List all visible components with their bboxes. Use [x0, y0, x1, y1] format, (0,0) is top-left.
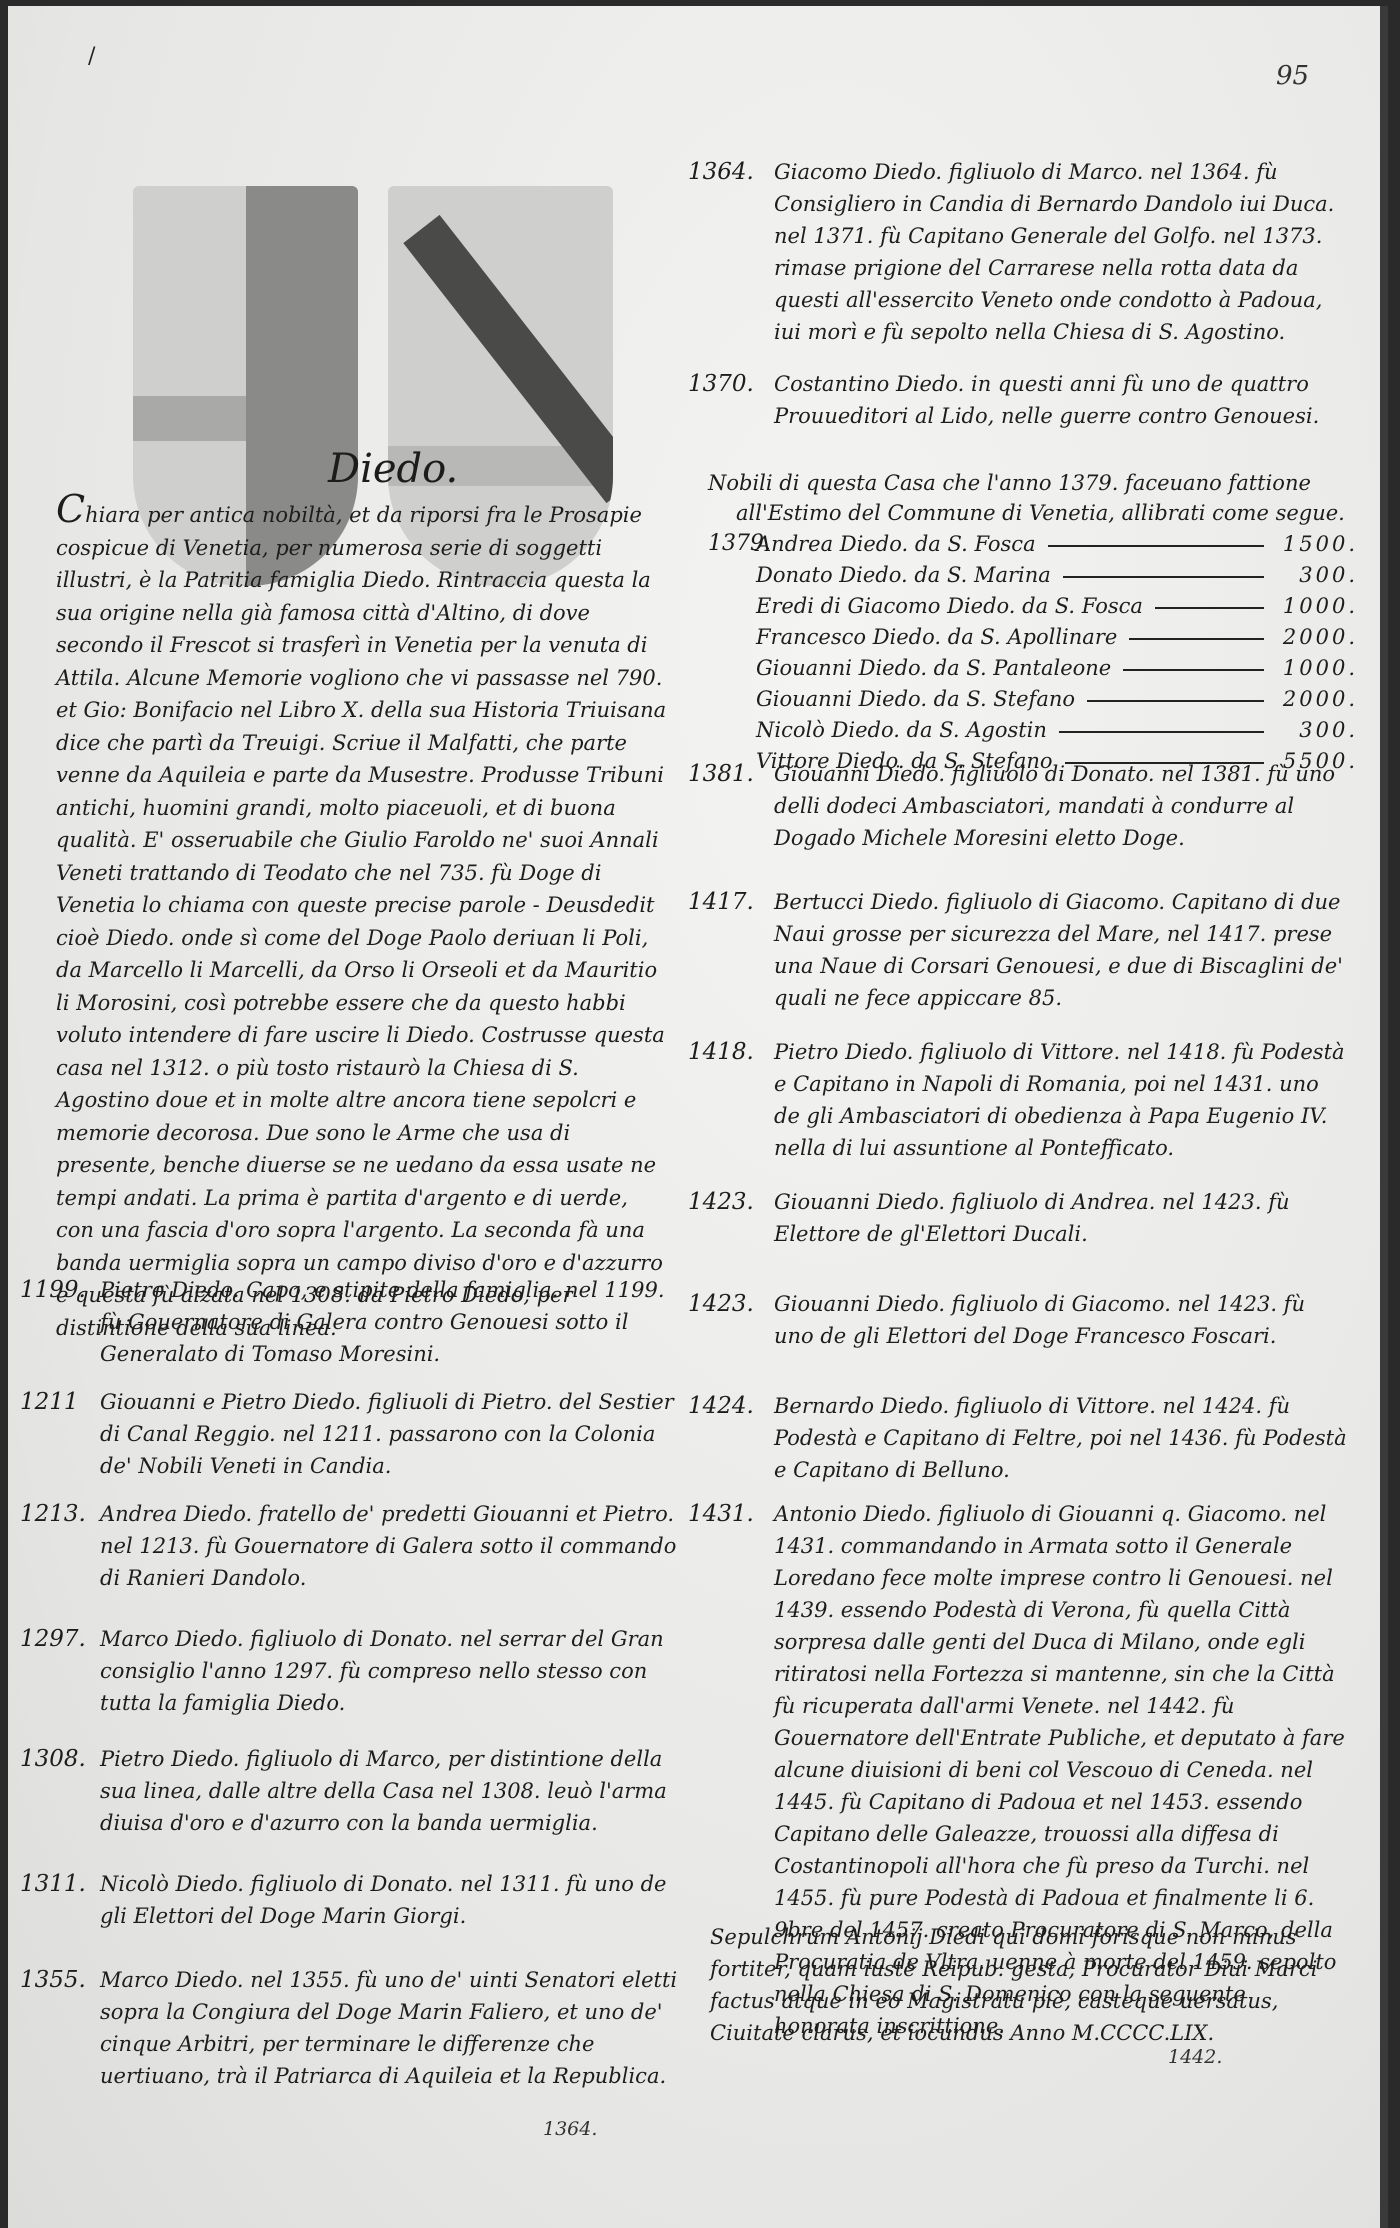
drop-cap: C	[56, 487, 85, 531]
entry-year: 1311.	[20, 1868, 86, 1900]
entry-year: 1297.	[20, 1623, 86, 1655]
estimo-subheading: all'Estimo del Commune di Venetia, allib…	[708, 498, 1358, 528]
entry-1355: 1355. Marco Diedo. nel 1355. fù uno de' …	[20, 1964, 680, 2092]
entry-1297: 1297. Marco Diedo. figliuolo di Donato. …	[20, 1623, 680, 1719]
entry-text: Marco Diedo. nel 1355. fù uno de' uinti …	[20, 1964, 680, 2092]
entry-1311: 1311. Nicolò Diedo. figliuolo di Donato.…	[20, 1868, 680, 1932]
entry-text: Costantino Diedo. in questi anni fù uno …	[688, 368, 1348, 432]
entry-1381: 1381. Giouanni Diedo. figliuolo di Donat…	[688, 758, 1348, 854]
entry-text: Bertucci Diedo. figliuolo di Giacomo. Ca…	[688, 886, 1348, 1014]
estimo-row: Giouanni Diedo. da S. Pantaleone1000.	[708, 652, 1358, 683]
entry-1423-a: 1423. Giouanni Diedo. figliuolo di Andre…	[688, 1186, 1348, 1250]
folio-number: 95	[1276, 61, 1309, 91]
entry-text: Giouanni Diedo. figliuolo di Donato. nel…	[688, 758, 1348, 854]
intro-paragraph: Chiara per antica nobiltà, et da riporsi…	[56, 493, 671, 1344]
entry-text: Giouanni Diedo. figliuolo di Andrea. nel…	[688, 1186, 1348, 1250]
estimo-row: 1379.Andrea Diedo. da S. Fosca1500.	[708, 528, 1358, 559]
entry-year: 1213.	[20, 1498, 86, 1530]
epitaph-text: Sepulchrum Antonij Diedi qui domi forisq…	[688, 1921, 1348, 2049]
estimo-row: Eredi di Giacomo Diedo. da S. Fosca1000.	[708, 590, 1358, 621]
intro-text: hiara per antica nobiltà, et da riporsi …	[56, 503, 666, 1340]
corner-mark: /	[88, 44, 95, 69]
entry-year: 1381.	[688, 758, 754, 790]
estimo-year: 1379.	[708, 531, 756, 556]
entry-text: Nicolò Diedo. figliuolo di Donato. nel 1…	[20, 1868, 680, 1932]
entry-text: Giouanni e Pietro Diedo. figliuoli di Pi…	[20, 1386, 680, 1482]
entry-year: 1417.	[688, 886, 754, 918]
entry-1370: 1370. Costantino Diedo. in questi anni f…	[688, 368, 1348, 432]
manuscript-page: / 95 Diedo. Chiara per antica nobiltà, e…	[8, 6, 1388, 2228]
entry-year: 1308.	[20, 1743, 86, 1775]
entry-year: 1431.	[688, 1498, 754, 1530]
estimo-table: Nobili di questa Casa che l'anno 1379. f…	[708, 468, 1358, 776]
entry-1213: 1213. Andrea Diedo. fratello de' predett…	[20, 1498, 680, 1594]
entry-year: 1355.	[20, 1964, 86, 1996]
estimo-row: Nicolò Diedo. da S. Agostin300.	[708, 714, 1358, 745]
entry-text: Giouanni Diedo. figliuolo di Giacomo. ne…	[688, 1288, 1348, 1352]
entry-year: 1364.	[688, 156, 754, 188]
estimo-row: Donato Diedo. da S. Marina300.	[708, 559, 1358, 590]
entry-1423-b: 1423. Giouanni Diedo. figliuolo di Giaco…	[688, 1288, 1348, 1352]
entry-text: Andrea Diedo. fratello de' predetti Giou…	[20, 1498, 680, 1594]
entry-text: Pietro Diedo. figliuolo di Marco, per di…	[20, 1743, 680, 1839]
entry-year: 1423.	[688, 1288, 754, 1320]
right-footer-note: 1442.	[1168, 2046, 1222, 2068]
estimo-row: Francesco Diedo. da S. Apollinare2000.	[708, 621, 1358, 652]
entry-1424: 1424. Bernardo Diedo. figliuolo di Vitto…	[688, 1390, 1348, 1486]
entry-year: 1370.	[688, 368, 754, 400]
entry-text: Marco Diedo. figliuolo di Donato. nel se…	[20, 1623, 680, 1719]
estimo-row: Giouanni Diedo. da S. Stefano2000.	[708, 683, 1358, 714]
entry-year: 1199.	[20, 1274, 86, 1306]
family-title: Diedo.	[328, 446, 458, 492]
entry-year: 1211	[20, 1386, 79, 1418]
entry-1417: 1417. Bertucci Diedo. figliuolo di Giaco…	[688, 886, 1348, 1014]
entry-1308: 1308. Pietro Diedo. figliuolo di Marco, …	[20, 1743, 680, 1839]
epitaph: Sepulchrum Antonij Diedi qui domi forisq…	[688, 1921, 1348, 2049]
left-footer-note: 1364.	[543, 2118, 597, 2140]
entry-text: Pietro Diedo. Capo, e stipite della fami…	[20, 1274, 680, 1370]
entry-text: Pietro Diedo. figliuolo di Vittore. nel …	[688, 1036, 1348, 1164]
entry-year: 1418.	[688, 1036, 754, 1068]
entry-text: Giacomo Diedo. figliuolo di Marco. nel 1…	[688, 156, 1348, 348]
estimo-heading: Nobili di questa Casa che l'anno 1379. f…	[708, 468, 1358, 498]
entry-year: 1424.	[688, 1390, 754, 1422]
entry-1211: 1211 Giouanni e Pietro Diedo. figliuoli …	[20, 1386, 680, 1482]
entry-1364: 1364. Giacomo Diedo. figliuolo di Marco.…	[688, 156, 1348, 348]
entry-text: Bernardo Diedo. figliuolo di Vittore. ne…	[688, 1390, 1348, 1486]
entry-1418: 1418. Pietro Diedo. figliuolo di Vittore…	[688, 1036, 1348, 1164]
entry-1199: 1199. Pietro Diedo. Capo, e stipite dell…	[20, 1274, 680, 1370]
entry-year: 1423.	[688, 1186, 754, 1218]
